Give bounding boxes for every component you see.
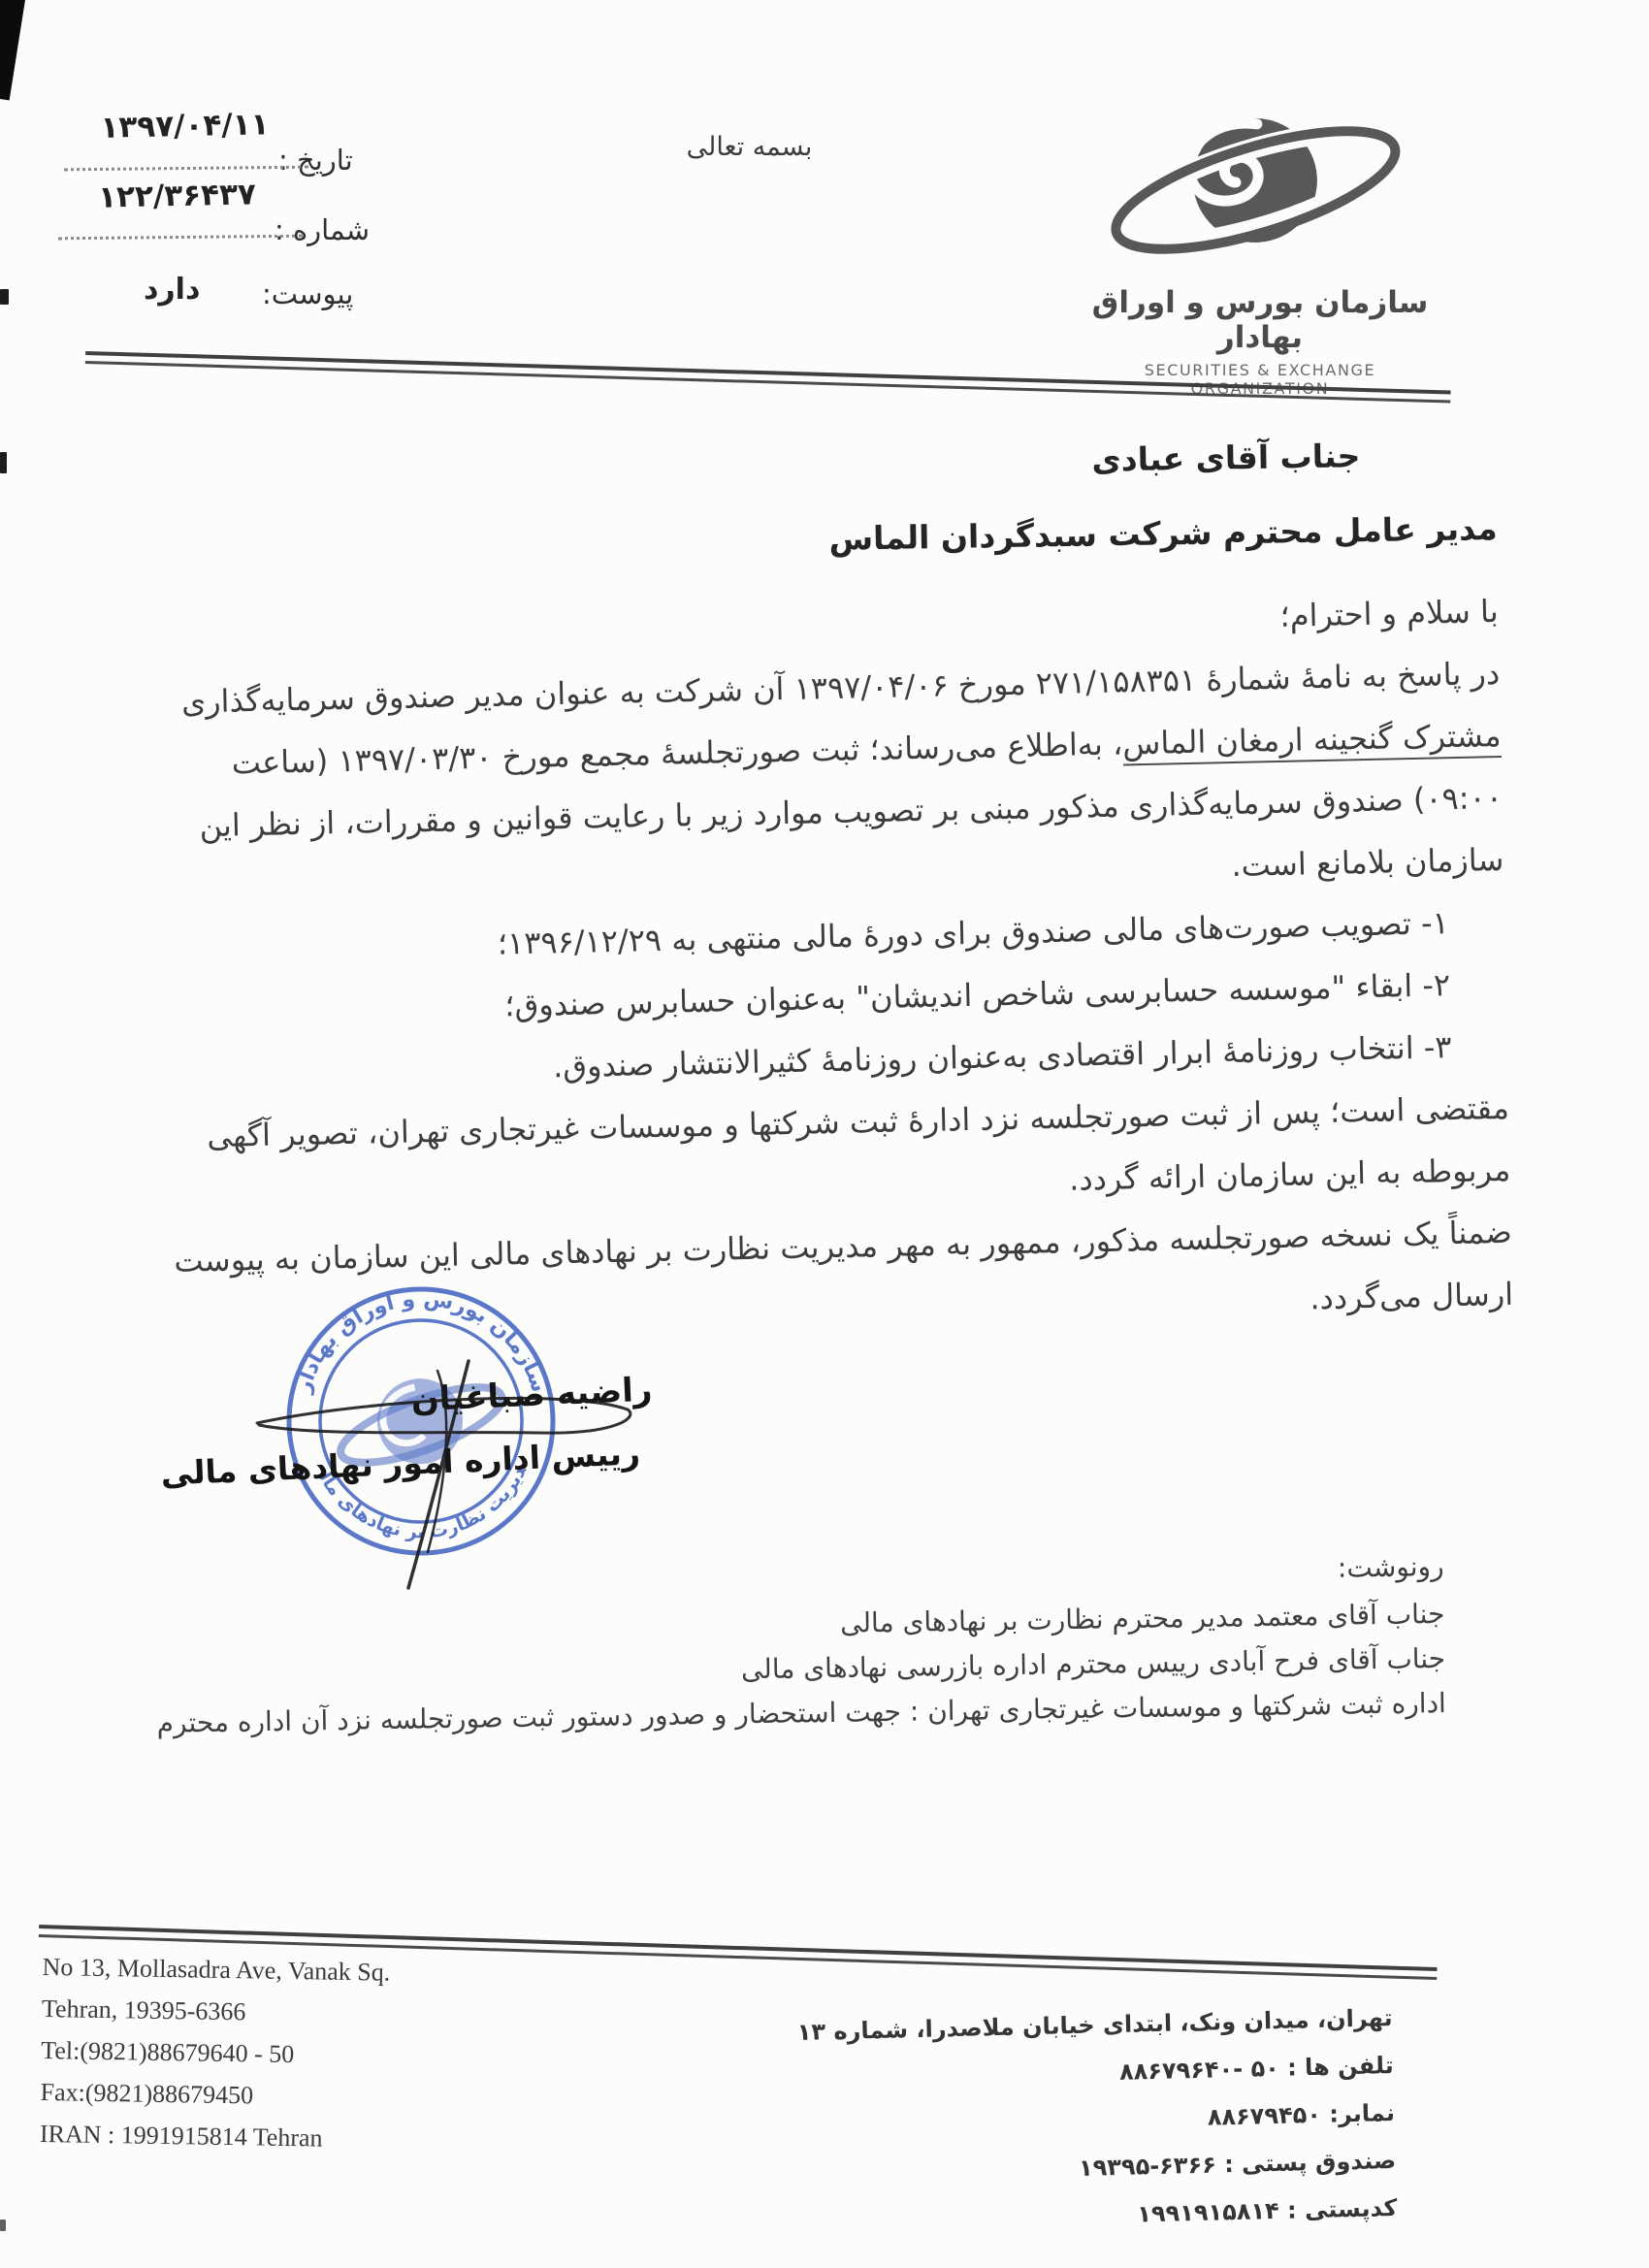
- footer-address-en: No 13, Mollasadra Ave, Vanak Sq. Tehran,…: [40, 1946, 391, 2160]
- number-dotted-line: [58, 235, 303, 241]
- number-label: شماره :: [275, 213, 370, 246]
- scan-artifact-corner: [0, 0, 27, 100]
- letter-body: با سلام و احترام؛ در پاسخ به نامهٔ شماره…: [147, 580, 1513, 1354]
- organization-logo: سازمان بورس و اوراق بهادار SECURITIES & …: [1075, 85, 1445, 398]
- attachment-label: پیوست:: [262, 277, 353, 310]
- org-name-persian: سازمان بورس و اوراق بهادار: [1075, 285, 1445, 355]
- footer-en-line: Fax:(9821)88679450: [40, 2071, 388, 2119]
- date-label: تاریخ :: [278, 144, 353, 177]
- recipient-block: جناب آقای عبادی مدیر عامل محترم شرکت سبد…: [827, 435, 1498, 558]
- footer-address-fa: تهران، میدان ونک، ابتدای خیابان ملاصدرا،…: [796, 1994, 1398, 2247]
- handwritten-signature: [247, 1353, 635, 1596]
- saturn-planet-icon: [1076, 85, 1444, 279]
- footer-en-line: IRAN : 1991915814 Tehran: [40, 2113, 388, 2160]
- cc-section: رونوشت: جناب آقای معتمد مدیر محترم نظارت…: [154, 1550, 1446, 1746]
- scan-artifact-mark: [0, 452, 7, 473]
- date-value: ۱۳۹۷/۰۴/۱۱: [85, 107, 285, 146]
- recipient-name: جناب آقای عبادی: [827, 437, 1361, 483]
- attachment-value: دارد: [144, 273, 200, 307]
- scan-artifact-mark: [0, 2219, 6, 2231]
- recipient-title: مدیر عامل محترم شرکت سبدگردان الماس: [828, 509, 1498, 558]
- footer-en-line: Tel:(9821)88679640 - 50: [41, 2029, 389, 2077]
- underlined-fund-name: مشترک گنجینه ارمغان الماس: [1122, 717, 1502, 766]
- number-value: ۱۲۲/۳۶۴۳۷: [78, 177, 277, 215]
- footer-en-line: Tehran, 19395-6366: [42, 1988, 390, 2035]
- scan-artifact-mark: [0, 289, 9, 305]
- date-dotted-line: [64, 166, 308, 172]
- bismillah-text: بسمه تعالی: [679, 132, 820, 162]
- footer-en-line: No 13, Mollasadra Ave, Vanak Sq.: [42, 1946, 390, 1993]
- body-line-rest: ، به‌اطلاع می‌رساند؛ ثبت صورتجلسهٔ مجمع …: [231, 725, 1122, 781]
- scanned-letter-page: تاریخ : ۱۳۹۷/۰۴/۱۱ شماره : ۱۲۲/۳۶۴۳۷ پیو…: [0, 0, 1649, 2268]
